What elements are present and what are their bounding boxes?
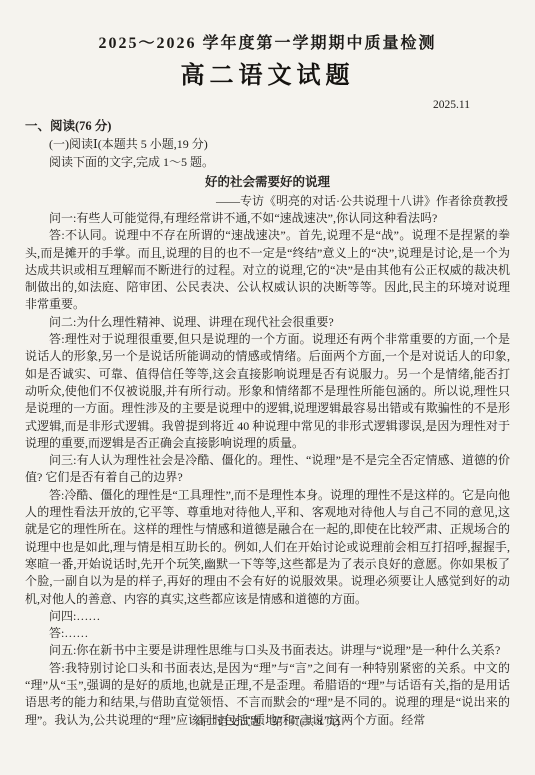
article-paragraph: 答:冷酷、僵化的理性是“工具理性”,而不是理性本身。说理的理性不是这样的。它是向… <box>25 487 510 608</box>
exam-subject-title: 高二语文试题 <box>25 55 510 90</box>
page-footer: 高二语文试题 第1页(共 8 页) <box>0 713 535 729</box>
article-paragraph: 答:理性对于说理很重要,但只是说理的一个方面。说理还有两个非常重要的方面,一个是… <box>25 331 510 452</box>
section-heading-reading: 一、阅读(76 分) <box>25 117 510 135</box>
exam-term-title: 2025～2026 学年度第一学期期中质量检测 <box>25 30 510 53</box>
exam-paper-page: 2025～2026 学年度第一学期期中质量检测 高二语文试题 2025.11 一… <box>0 0 535 775</box>
article-body: 问一:有些人可能觉得,有理经常讲不通,不如“速战速决”,你认同这种看法吗? 答:… <box>25 210 510 729</box>
article-paragraph: 问一:有些人可能觉得,有理经常讲不通,不如“速战速决”,你认同这种看法吗? <box>25 210 510 227</box>
reading-instruction: 阅读下面的文字,完成 1～5 题。 <box>25 153 510 171</box>
exam-date: 2025.11 <box>25 99 510 111</box>
article-paragraph: 问五:你在新书中主要是讲理性思维与口头及书面表达。讲理与“说理”是一种什么关系? <box>25 642 510 659</box>
article-byline: ——专访《明亮的对话·公共说理十八讲》作者徐贲教授 <box>25 192 510 210</box>
article-paragraph: 答:…… <box>25 625 510 642</box>
article-title: 好的社会需要好的说理 <box>25 173 510 192</box>
article-paragraph: 问二:为什么理性精神、说理、讲理在现代社会很重要? <box>25 314 510 331</box>
article-paragraph: 问四:…… <box>25 608 510 625</box>
article-paragraph: 答:不认同。说理中不存在所谓的“速战速决”。首先,说理不是“战”。说理不是捏紧的… <box>25 227 510 313</box>
subsection-heading-reading-1: (一)阅读Ⅰ(本题共 5 小题,19 分) <box>25 135 510 153</box>
article-paragraph: 问三:有人认为理性社会是冷酷、僵化的。理性、“说理”是不是完全否定情感、道德的价… <box>25 452 510 487</box>
